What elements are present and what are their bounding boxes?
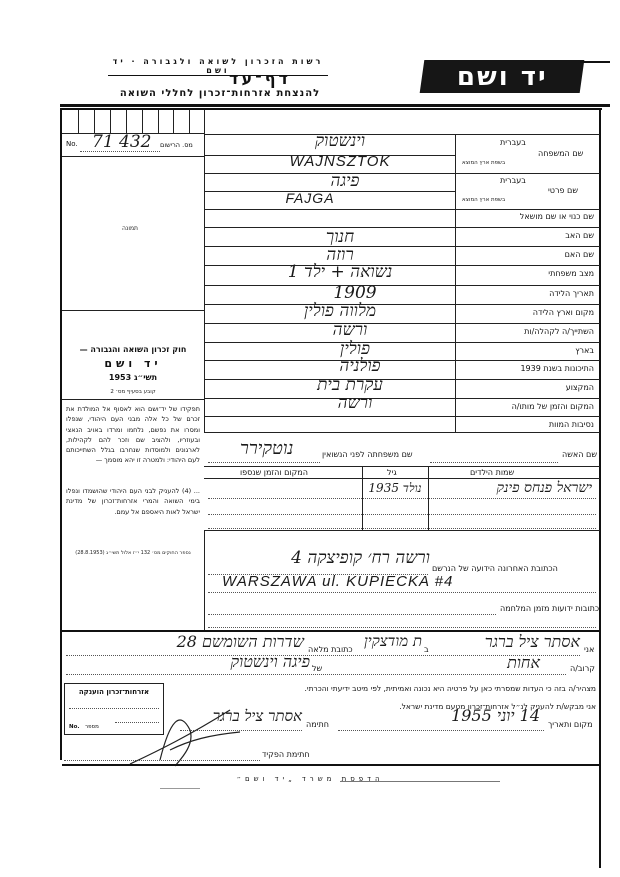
wartime-dotline bbox=[208, 614, 496, 615]
birth-place-label: מקום וארץ הלידה bbox=[533, 308, 594, 317]
child-name-1[interactable]: ישראל פנחס פינק bbox=[432, 480, 592, 497]
citizenship-dotline bbox=[69, 708, 159, 709]
declarant-address-label: כתובת מלאה bbox=[308, 645, 353, 654]
first-name-origin[interactable]: FAJGA bbox=[260, 190, 360, 206]
family-name-origin[interactable]: WAJNSZTOK bbox=[270, 153, 410, 170]
family-name-label: שם המשפחה bbox=[538, 149, 583, 158]
citizenship-dotline bbox=[115, 722, 159, 723]
declarant-born-value[interactable]: ת מודצקין bbox=[350, 632, 422, 651]
registration-divider bbox=[62, 156, 204, 157]
citizenship-box: אזרחות־זכרון הוענקה No. מספר bbox=[64, 683, 164, 735]
form-title: דף־עד bbox=[210, 69, 310, 88]
marital-status-label: מצב משפחתי bbox=[548, 269, 594, 278]
children-header-place: המקום והזמן שנספו bbox=[240, 468, 308, 477]
law-paragraph-2: ... (4) להעניק לבני העם היהודי שהושמדו ו… bbox=[66, 486, 200, 517]
yad-vashem-logo: יד ושם bbox=[420, 60, 585, 93]
frame-left bbox=[60, 108, 62, 760]
address-dotline bbox=[208, 592, 596, 593]
death-place-time-label: המקום והזמן של מותו/ה bbox=[512, 402, 594, 411]
logo-text: יד ושם bbox=[457, 62, 548, 92]
spouse-divider bbox=[204, 466, 600, 467]
gazette-note: נספר החוקים מס׳ 132 י״ז אלול תשי״ג (28.8… bbox=[64, 550, 202, 556]
wartime-address-label: כתובות ידועות מזמן המלחמה bbox=[500, 604, 599, 613]
marital-status-value[interactable]: נשואה + ילד 1 bbox=[250, 262, 430, 282]
nickname-label: שם כנוי או שם מושאל bbox=[520, 212, 594, 221]
citizenship-no-hebrew: מספר bbox=[85, 724, 99, 730]
left-column-divider bbox=[204, 110, 205, 432]
maiden-name-label: שם משפחתה לפני הנשואין bbox=[322, 450, 413, 459]
relation-dotline bbox=[66, 674, 566, 675]
law-divider bbox=[62, 399, 204, 400]
last-address-latin[interactable]: WARSZAWA ul. KUPIECKA #4 bbox=[222, 573, 453, 590]
father-name-label: שם האב bbox=[565, 231, 594, 240]
family-name-origin-label: בשפת ארץ המוצא bbox=[462, 160, 505, 166]
grid-divider bbox=[158, 110, 159, 134]
table-bottom bbox=[204, 530, 600, 531]
law-year: תשי״ג 1953 bbox=[64, 373, 202, 382]
bottom-rule bbox=[62, 764, 600, 766]
last-address-label: הכתובת האחרונה הידועה של הנרשם bbox=[432, 564, 558, 573]
declarant-born-label: ב bbox=[424, 645, 429, 654]
table-header-divider bbox=[204, 478, 600, 479]
death-place-time-value[interactable]: ורשה bbox=[320, 393, 390, 413]
declarant-address-value[interactable]: שדרות השומשם 28 bbox=[70, 632, 304, 652]
frame-right bbox=[599, 108, 601, 868]
first-name-origin-label: בשפת ארץ המוצא bbox=[462, 197, 505, 203]
photo-divider bbox=[62, 310, 204, 311]
registration-no-label: No. bbox=[66, 140, 78, 148]
row-divider bbox=[204, 398, 600, 399]
maiden-name-value[interactable]: נוטקירר bbox=[240, 438, 293, 459]
first-name-label: שם פרטי bbox=[548, 186, 578, 195]
row-divider bbox=[204, 209, 600, 210]
row-divider bbox=[204, 416, 600, 417]
residence-1939-label: התיכונות בשנת 1939 bbox=[520, 364, 594, 373]
place-date-dotline bbox=[338, 730, 544, 731]
last-address-hebrew[interactable]: ורשה רח׳ קופיצקה 4 bbox=[220, 548, 430, 568]
row-divider bbox=[204, 173, 600, 174]
signature-label: חתימה bbox=[306, 720, 329, 729]
grid-divider bbox=[110, 110, 111, 134]
mother-name-label: שם האם bbox=[565, 250, 594, 259]
child-age-1[interactable]: נולד 1935 bbox=[364, 481, 426, 496]
row-divider bbox=[204, 323, 600, 324]
grid-divider bbox=[189, 110, 190, 134]
birth-place-value[interactable]: מלווה פולין bbox=[270, 301, 410, 321]
of-value[interactable]: פיגה וינשטוק bbox=[180, 652, 310, 672]
of-label: של bbox=[312, 664, 322, 673]
death-circumstances-label: נסיבות המוות bbox=[549, 420, 594, 429]
registration-number[interactable]: 71 432 bbox=[92, 132, 151, 152]
first-name-hebrew-label: בעברית bbox=[500, 176, 526, 185]
footer-mark bbox=[160, 788, 200, 789]
law-paragraph-1: תפקידו של יד־ושם הוא לאסוף אל המולדת את … bbox=[66, 404, 200, 466]
relation-label: קרוב/ה bbox=[570, 664, 595, 673]
relation-value[interactable]: אחות bbox=[440, 653, 540, 673]
citizenship-no-latin: No. bbox=[69, 724, 79, 730]
statement-1: מצהיר/ה בזה כי העדות שמסרתי כאן על פרטיה… bbox=[220, 684, 596, 693]
law-clause: קובע בסעיף מס׳ 2 bbox=[64, 389, 202, 395]
birth-date-label: תאריך הלידה bbox=[549, 289, 594, 298]
first-name-hebrew[interactable]: פיגה bbox=[300, 171, 390, 191]
place-date-label: מקום ותאריך bbox=[548, 720, 593, 729]
row-divider bbox=[204, 227, 600, 228]
row-divider bbox=[204, 342, 600, 343]
grid-divider bbox=[78, 110, 79, 134]
grid-divider bbox=[173, 110, 174, 134]
children-header-names: שמות הילדים bbox=[470, 468, 514, 477]
declarant-i-label: אני bbox=[584, 645, 594, 654]
residence-1939-value[interactable]: פולניה bbox=[320, 356, 400, 376]
header-row-divider bbox=[204, 134, 600, 135]
citizenship-box-title: אזרחות־זכרון הוענקה bbox=[65, 688, 163, 696]
left-column-divider bbox=[204, 530, 205, 630]
code-grid bbox=[62, 110, 204, 134]
maiden-dotline bbox=[208, 462, 320, 463]
child-row-line bbox=[208, 528, 596, 529]
birth-date-value[interactable]: 1909 bbox=[320, 283, 390, 303]
law-title: חוק זכרון השואה והגבורה — bbox=[64, 345, 202, 354]
row-divider bbox=[204, 360, 600, 361]
label-column-divider bbox=[455, 134, 456, 432]
family-name-hebrew-label: בעברית bbox=[500, 138, 526, 147]
form-subtitle: להנצחת אזרחות־זכרון לחללי השואה bbox=[100, 88, 340, 99]
grid-divider bbox=[94, 110, 95, 134]
grid-divider bbox=[142, 110, 143, 134]
community-label: השתייך/ה לקהלה/ות bbox=[524, 327, 594, 336]
spouse-label: שם האשה bbox=[562, 450, 597, 459]
child-row-line bbox=[208, 514, 596, 515]
father-name-value[interactable]: חנוך bbox=[300, 227, 380, 247]
row-divider bbox=[204, 246, 600, 247]
footer-rule bbox=[340, 781, 500, 782]
child-row-line bbox=[208, 498, 596, 499]
occupation-label: המקצוע bbox=[566, 383, 594, 392]
clerk-signature-label: חתימת הפקיד bbox=[262, 750, 310, 759]
row-divider bbox=[204, 285, 600, 286]
grid-divider bbox=[126, 110, 127, 134]
photo-label: תמונה bbox=[122, 225, 138, 232]
family-name-hebrew[interactable]: וינשטוק bbox=[280, 131, 400, 151]
wartime-dotline bbox=[208, 627, 596, 628]
country-label: בארץ bbox=[575, 346, 594, 355]
row-divider bbox=[204, 432, 600, 433]
logo-rule bbox=[580, 61, 610, 63]
children-header-age: גיל bbox=[387, 468, 397, 477]
registration-label: מס. הרישום bbox=[160, 141, 193, 149]
place-date-value[interactable]: 14 יוני 1955 bbox=[360, 706, 540, 726]
header-rule bbox=[60, 104, 610, 107]
spouse-dotline bbox=[430, 462, 558, 463]
declarant-name[interactable]: אסתר ציל ברגר bbox=[440, 632, 580, 652]
law-name: יד ושם bbox=[64, 357, 202, 370]
community-value[interactable]: ורשה bbox=[310, 320, 390, 340]
occupation-value[interactable]: עקרת בית bbox=[290, 375, 410, 395]
